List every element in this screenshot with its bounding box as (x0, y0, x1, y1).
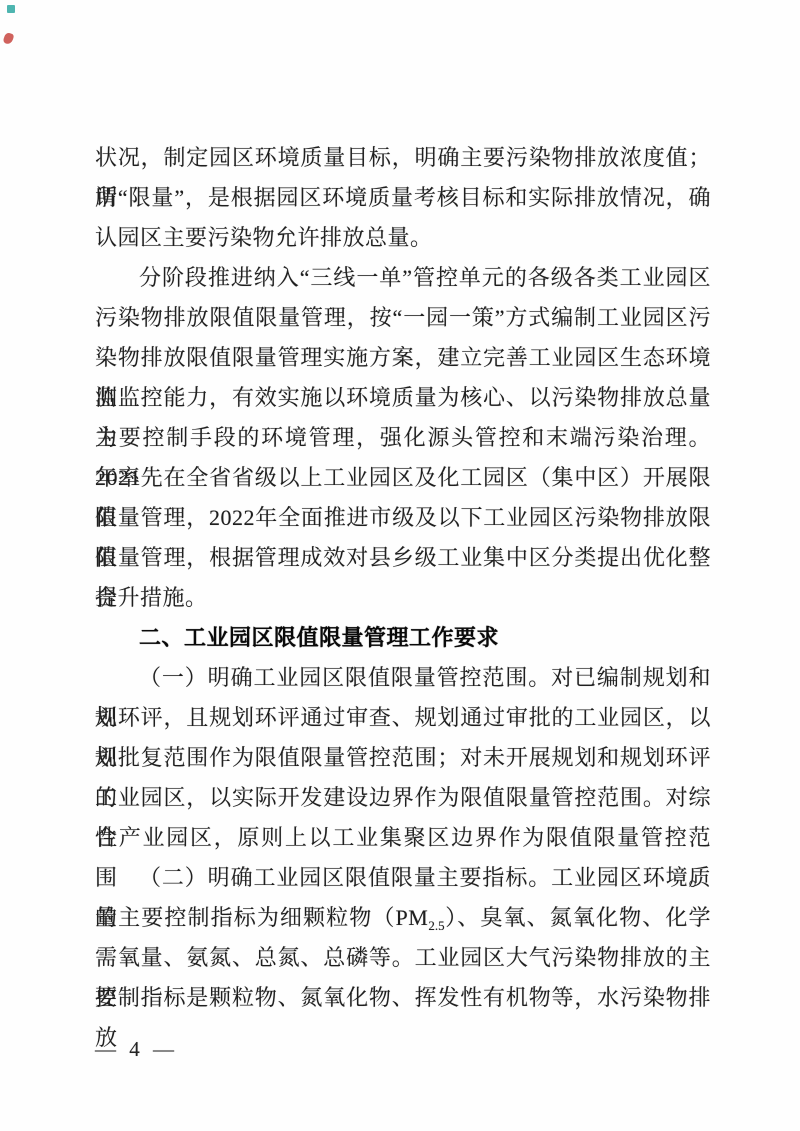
text-line: 认园区主要污染物允许排放总量。 (95, 218, 711, 258)
text-line: 染物排放限值限量管理实施方案，建立完善工业园区生态环境监 (95, 338, 711, 378)
text-line: 测监控能力，有效实施以环境质量为核心、以污染物排放总量为 (95, 378, 711, 418)
text-line: （一）明确工业园区限值限量管控范围。对已编制规划和规 (95, 658, 711, 698)
text-line: 状况，制定园区环境质量目标，明确主要污染物排放浓度值；所 (95, 138, 711, 178)
document-body: 状况，制定园区环境质量目标，明确主要污染物排放浓度值；所 谓“限量”，是根据园区… (95, 138, 711, 1018)
scan-artifact-red (3, 32, 15, 45)
text-line: 污染物排放限值限量管理，按“一园一策”方式编制工业园区污 (95, 298, 711, 338)
page-number: — 4 — (95, 1034, 178, 1064)
text-line: 划环评，且规划环评通过审查、规划通过审批的工业园区，以规 (95, 698, 711, 738)
text-segment: 的主要控制指标为细颗粒物（PM (95, 905, 428, 930)
text-line: 限量管理，根据管理成效对县乡级工业集中区分类提出优化整合 (95, 538, 711, 578)
text-line: 需氧量、氨氮、总氮、总磷等。工业园区大气污染物排放的主要 (95, 938, 711, 978)
section-heading: 二、工业园区限值限量管理工作要求 (95, 618, 711, 658)
text-line: 提升措施。 (95, 578, 711, 618)
text-line: 工业园区，以实际开发建设边界作为限值限量管控范围。对综合 (95, 778, 711, 818)
text-line: 分阶段推进纳入“三线一单”管控单元的各级各类工业园区 (95, 258, 711, 298)
text-line: 性产业园区，原则上以工业集聚区边界作为限值限量管控范围。 (95, 818, 711, 858)
text-line: 限量管理，2022年全面推进市级及以下工业园区污染物排放限值 (95, 498, 711, 538)
text-line: （二）明确工业园区限值限量主要指标。工业园区环境质量 (95, 858, 711, 898)
text-line: 划批复范围作为限值限量管控范围；对未开展规划和规划环评的 (95, 738, 711, 778)
text-line-pm25: 的主要控制指标为细颗粒物（PM2.5）、臭氧、氮氧化物、化学 (95, 898, 711, 938)
text-line: 控制指标是颗粒物、氮氧化物、挥发性有机物等，水污染物排放 (95, 978, 711, 1018)
text-line: 谓“限量”，是根据园区环境质量考核目标和实际排放情况，确 (95, 178, 711, 218)
text-line: 主要控制手段的环境管理，强化源头管控和末端污染治理。2021 (95, 418, 711, 458)
pm25-subscript: 2.5 (428, 918, 444, 933)
text-segment: ）、臭氧、氮氧化物、化学 (445, 905, 711, 930)
document-page: 状况，制定园区环境质量目标，明确主要污染物排放浓度值；所 谓“限量”，是根据园区… (0, 0, 800, 1131)
scan-artifact-teal (7, 5, 15, 13)
text-line: 年率先在全省省级以上工业园区及化工园区（集中区）开展限值 (95, 458, 711, 498)
